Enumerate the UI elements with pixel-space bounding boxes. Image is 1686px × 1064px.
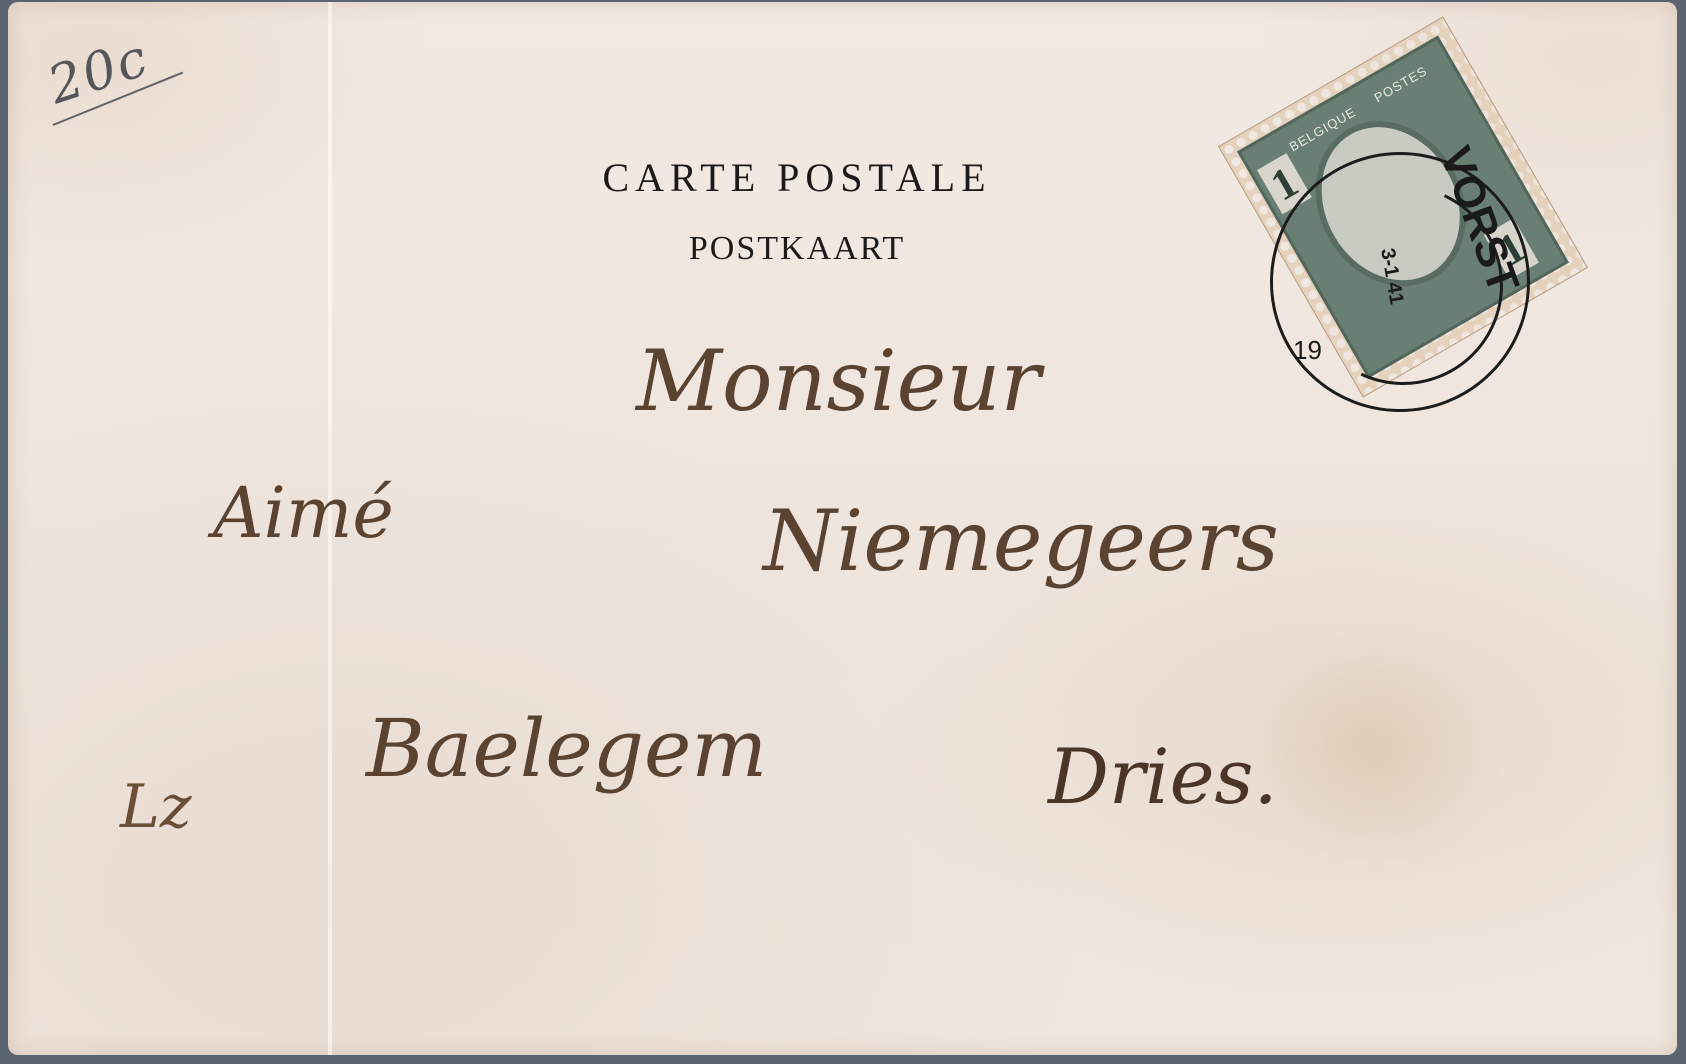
postmark-cancel: VORST 3-1 41 19 (1270, 152, 1530, 412)
address-region: Dries. (1048, 732, 1278, 821)
handwritten-paraph: Lz (120, 772, 191, 842)
pencil-price-note: 20c (41, 28, 156, 116)
address-salutation: Monsieur (636, 332, 1041, 430)
postcard: 20c CARTE POSTALE POSTKAART Monsieur Aim… (8, 2, 1677, 1055)
address-place: Baelegem (366, 702, 767, 795)
postmark-year: 19 (1293, 335, 1322, 366)
address-family-name: Niemegeers (763, 492, 1279, 590)
address-given-name: Aimé (213, 472, 394, 554)
